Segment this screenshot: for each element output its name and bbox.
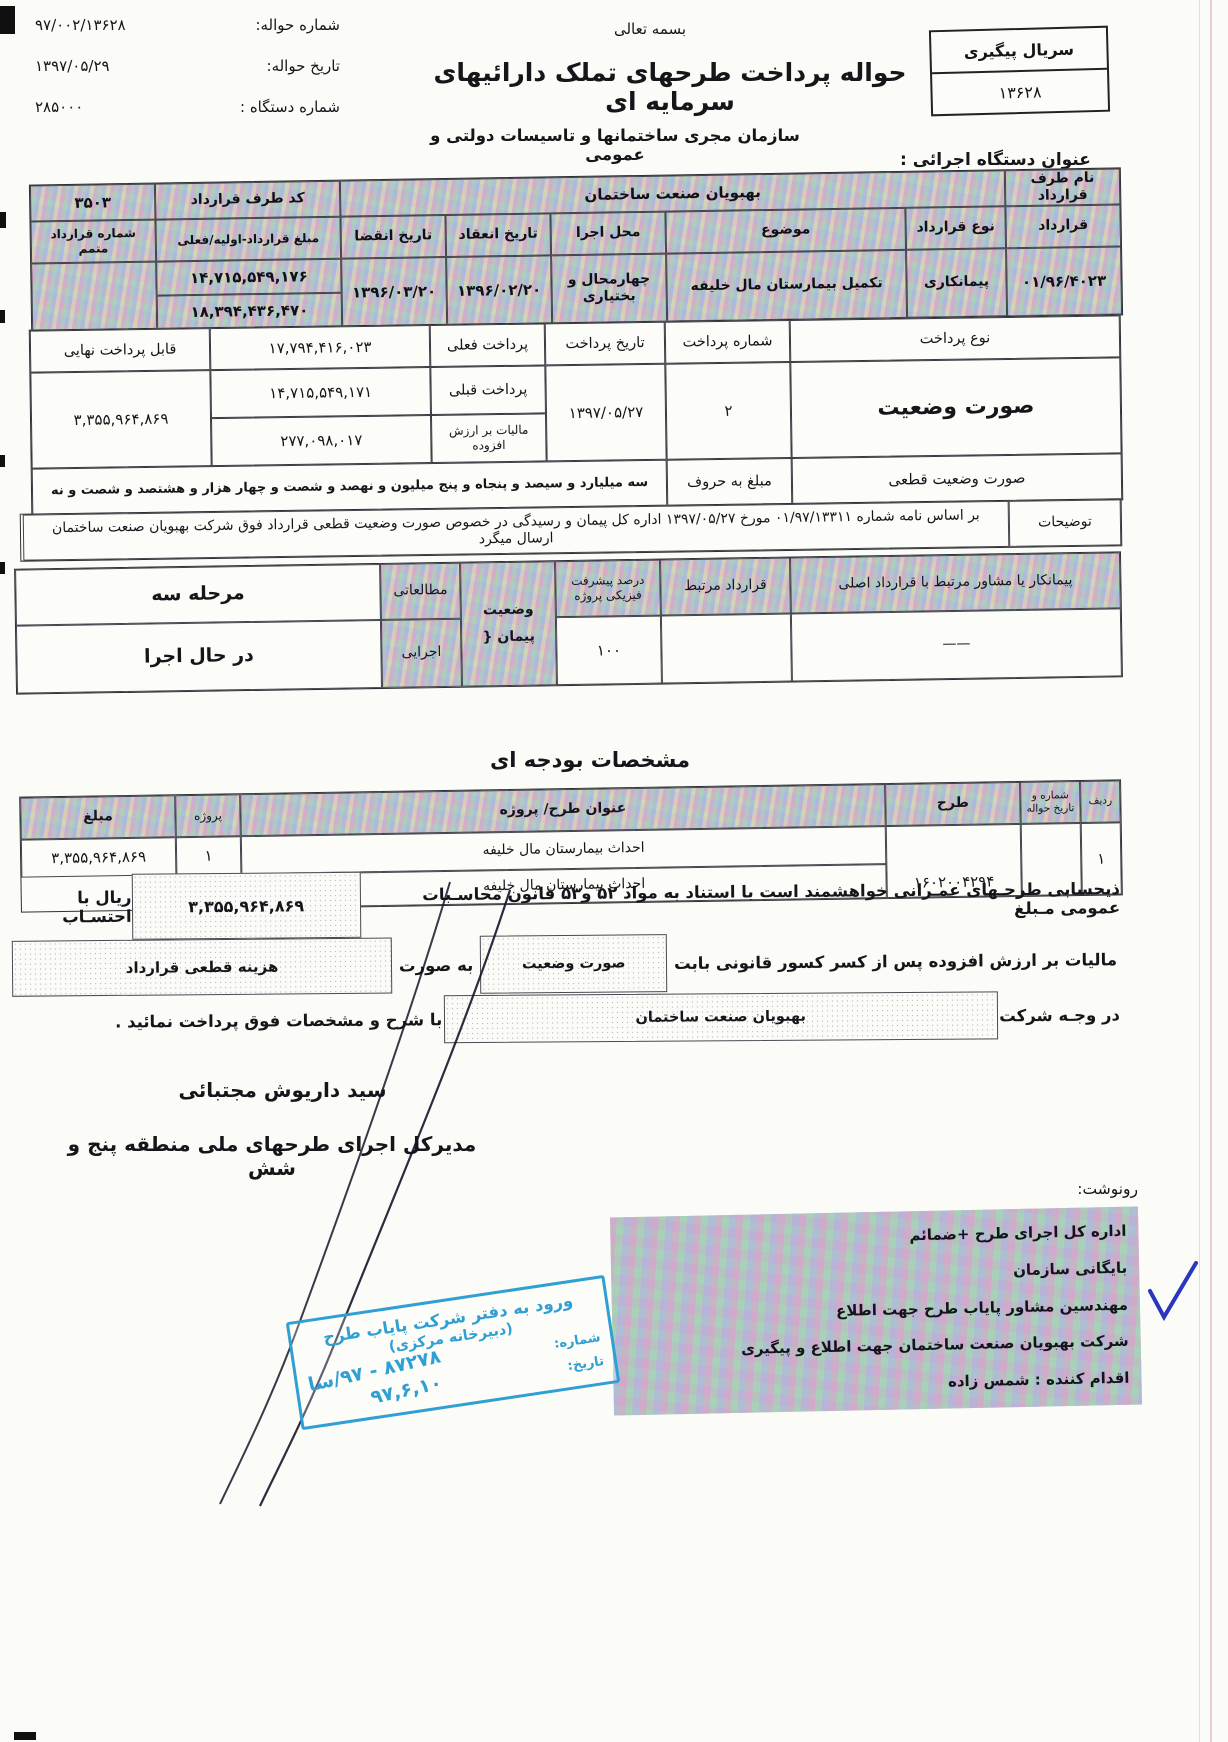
scan-fold-line xyxy=(1210,0,1212,1742)
agency-label: عنوان دستگاه اجرائی : xyxy=(900,150,1110,170)
header-refs: شماره حواله: ۹۷/۰۰۲/۱۳۶۲۸ تاریخ حواله: ۱… xyxy=(35,16,340,116)
payment-date-value: ۱۳۹۷/۰۵/۲۷ xyxy=(545,364,666,462)
amount-label: مبلغ قرارداد-اولیه/فعلی xyxy=(155,217,341,262)
contract-no-label: قرارداد xyxy=(1005,204,1121,248)
budget-ref-header: شماره و تاریخ حواله xyxy=(1020,781,1081,824)
scanned-payment-order-document: شماره حواله: ۹۷/۰۰۲/۱۳۶۲۸ تاریخ حواله: ۱… xyxy=(0,0,1228,1742)
party-code-value: ۳۵۰۳ xyxy=(30,184,156,222)
payment-current-value: ۱۷,۷۹۴,۴۱۶,۰۲۳ xyxy=(210,325,431,370)
stamp-date-label: تاریخ: xyxy=(566,1353,605,1373)
pact-status-word2: پیمان { xyxy=(482,629,535,647)
payment-previous-label: پرداخت قبلی xyxy=(430,365,546,415)
order-line2-text: مالیات بر ارزش افزوده پس از کسر کسور قان… xyxy=(674,950,1117,973)
ref-no-value: ۹۷/۰۰۲/۱۳۶۲۸ xyxy=(35,16,126,34)
location-value: چهارمحال و بختیاری xyxy=(551,254,667,324)
order-line3-text: در وجـه شرکت xyxy=(999,1005,1120,1025)
expiry-label: تاریخ انقضا xyxy=(340,215,446,259)
contract-type-label: نوع قرارداد xyxy=(905,206,1006,250)
order-line1-tail: ریال با احتسـاب xyxy=(10,888,132,927)
payment-previous-value: ۱۴,۷۱۵,۵۴۹,۱۷۱ xyxy=(210,367,431,418)
ref-date-value: ۱۳۹۷/۰۵/۲۹ xyxy=(35,57,110,75)
scan-edge-mark xyxy=(14,1732,36,1740)
supplement-label: شماره قرارداد متمم xyxy=(30,220,156,264)
budget-amount-header: مبلغ xyxy=(20,795,176,839)
payment-no-value: ۲ xyxy=(665,362,791,460)
phase-label: مرحله سه xyxy=(15,564,381,626)
status-final-label: صورت وضعیت قطعی xyxy=(792,453,1123,504)
ref-device-value: ۲۸۵۰۰۰ xyxy=(35,98,83,116)
sign-date-value: ۱۳۹۶/۰۲/۲۰ xyxy=(446,255,552,325)
expiry-value: ۱۳۹۶/۰۳/۲۰ xyxy=(341,257,447,327)
serial-value: ۱۳۶۲۸ xyxy=(932,70,1108,115)
notes-label: توضیحات xyxy=(1009,499,1122,547)
subject-label: موضوع xyxy=(665,208,906,254)
scan-edge-mark xyxy=(0,212,6,228)
cc-block: اداره کل اجرای طرح +ضمائم بایگانی سازمان… xyxy=(610,1206,1142,1415)
scan-edge-mark xyxy=(0,455,5,467)
progress-label: درصد پیشرفت فیزیکی پروژه xyxy=(555,560,661,618)
related-contract-value xyxy=(661,614,792,684)
payment-vat-value: ۲۷۷,۰۹۸,۰۱۷ xyxy=(211,415,432,466)
amount-current-value: ۱۸,۳۹۴,۴۳۶,۴۷۰ xyxy=(157,293,343,330)
pact-status-word1: وضعیت xyxy=(483,601,534,619)
progress-value: ۱۰۰ xyxy=(556,616,662,686)
page-title: حواله پرداخت طرحهای تملک دارائیهای سرمای… xyxy=(410,58,930,116)
contract-table: نام طرف قرارداد بهبویان صنعت ساختمان کد … xyxy=(29,167,1123,332)
ref-date-label: تاریخ حواله: xyxy=(267,57,340,75)
consultant-label: پیمانکار یا مشاور مرتبط با قرارداد اصلی xyxy=(790,552,1121,613)
serial-box: سریال پیگیری ۱۳۶۲۸ xyxy=(929,26,1110,117)
checkmark-icon xyxy=(1142,1255,1204,1327)
payment-vat-label: مالیات بر ارزش افزوده xyxy=(431,413,547,463)
payment-type-value: صورت وضعیت xyxy=(790,357,1121,458)
payment-type-label: نوع پرداخت xyxy=(790,315,1121,362)
party-name-label: نام طرف قرارداد xyxy=(1005,168,1121,206)
sign-date-label: تاریخ انعقاد xyxy=(445,213,551,257)
cc-label: رونوشت: xyxy=(1028,1180,1138,1198)
scan-fold-line xyxy=(1199,0,1200,1742)
payment-no-label: شماره پرداخت xyxy=(665,320,791,364)
stamp-no-label: شماره: xyxy=(553,1330,601,1352)
signature-stroke xyxy=(120,880,600,1520)
payment-date-label: تاریخ پرداخت xyxy=(545,322,666,366)
status-table: پیمانکار یا مشاور مرتبط با قرارداد اصلی … xyxy=(14,551,1123,694)
scan-edge-mark xyxy=(0,562,5,574)
budget-row-header: ردیف xyxy=(1080,780,1121,823)
payment-final-value: ۳,۳۵۵,۹۶۴,۸۶۹ xyxy=(30,370,211,469)
budget-title: مشخصات بودجه ای xyxy=(380,748,800,772)
subject-value: تکمیل بیمارستان مال خلیفه xyxy=(666,250,907,322)
study-label: مطالعاتی xyxy=(380,563,461,620)
supplement-value xyxy=(31,262,157,332)
amount-initial-value: ۱۴,۷۱۵,۵۴۹,۱۷۶ xyxy=(156,259,342,296)
besmele: بسمه تعالی xyxy=(560,20,740,38)
payment-table: نوع پرداخت شماره پرداخت تاریخ پرداخت پرد… xyxy=(29,314,1123,515)
scan-edge-mark xyxy=(0,310,5,323)
consultant-value: —— xyxy=(791,608,1122,681)
serial-label: سریال پیگیری xyxy=(931,28,1107,75)
budget-project-header: پروژه xyxy=(175,794,241,837)
exec-label: اجرایی xyxy=(381,619,462,688)
ref-no-label: شماره حواله: xyxy=(255,16,340,34)
phase-value: در حال اجرا xyxy=(16,620,382,694)
org-name: سازمان مجری ساختمانها و تاسیسات دولتی و … xyxy=(415,126,815,164)
amount-words-label: مبلغ به حروف xyxy=(667,458,793,506)
location-label: محل اجرا xyxy=(550,212,666,256)
pact-status-label: وضعیت پیمان { xyxy=(460,561,557,686)
contract-type-value: پیمانکاری xyxy=(906,248,1007,318)
payment-current-label: پرداخت فعلی xyxy=(430,323,546,367)
party-code-label: کد طرف قرارداد xyxy=(155,181,341,220)
budget-project-value: ۱ xyxy=(176,836,242,875)
budget-plan-header: طرح xyxy=(885,782,1021,826)
scan-corner-mark xyxy=(0,6,15,34)
ref-device-label: شماره دستگاه : xyxy=(240,98,340,116)
payment-final-label: قابل پرداخت نهایی xyxy=(30,328,211,373)
related-contract-label: قرارداد مرتبط xyxy=(660,558,791,616)
contract-no-value: ۰۱/۹۶/۴۰۲۳ xyxy=(1006,246,1122,316)
